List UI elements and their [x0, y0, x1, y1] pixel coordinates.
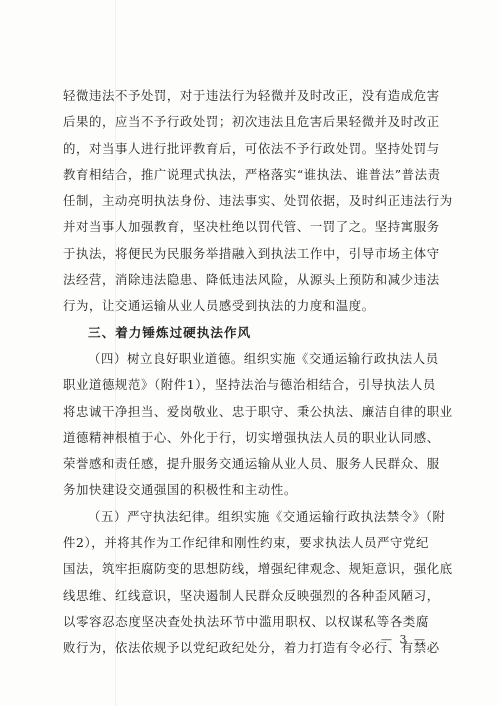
- document-body: 轻微违法不予处罚，对于违法行为轻微并及时改正，没有造成危害 后果的，应当不予行政…: [63, 83, 429, 662]
- document-page: 轻微违法不予处罚，对于违法行为轻微并及时改正，没有造成危害 后果的，应当不予行政…: [0, 0, 500, 706]
- text-line: 将忠诚干净担当、爱岗敬业、忠于职守、秉公执法、廉洁自律的职业: [63, 399, 429, 425]
- text-line: 务加快建设交通强国的积极性和主动性。: [63, 477, 429, 503]
- text-line: 线思维、红线意识，坚决遏制人民群众反映强烈的各种歪风陋习，: [63, 583, 429, 609]
- text-line: 轻微违法不予处罚，对于违法行为轻微并及时改正，没有造成危害: [63, 83, 429, 109]
- text-line: 的，对当事人进行批评教育后，可依法不予行政处罚。坚持处罚与: [63, 136, 429, 162]
- text-line: 国法，筑牢拒腐防变的思想防线，增强纪律观念、规矩意识，强化底: [63, 556, 429, 582]
- text-line: 行为，让交通运输从业人员感受到执法的力度和温度。: [63, 293, 429, 319]
- text-line: 教育相结合，推广说理式执法，严格落实“谁执法、谁普法”普法责: [63, 162, 429, 188]
- text-line: 道德精神根植于心、外化于行，切实增强执法人员的职业认同感、: [63, 425, 429, 451]
- text-line: 件2），并将其作为工作纪律和刚性约束，要求执法人员严守党纪: [63, 530, 429, 556]
- page-number: — 3 —: [380, 633, 428, 646]
- text-line: 败行为，依法依规予以党纪政纪处分，着力打造有令必行、有禁必: [63, 635, 429, 661]
- text-line: 荣誉感和责任感，提升服务交通运输从业人员、服务人民群众、服: [63, 451, 429, 477]
- text-line: 于执法，将便民为民服务举措融入到执法工作中，引导市场主体守: [63, 241, 429, 267]
- text-line: 法经营，消除违法隐患、降低违法风险，从源头上预防和减少违法: [63, 267, 429, 293]
- text-line: 以零容忍态度坚决查处执法环节中滥用职权、以权谋私等各类腐: [63, 609, 429, 635]
- text-line: 职业道德规范》（附件1），坚持法治与德治相结合，引导执法人员: [63, 372, 429, 398]
- section-heading: 三、着力锤炼过硬执法作风: [63, 320, 429, 346]
- text-line: 后果的，应当不予行政处罚；初次违法且危害后果轻微并及时改正: [63, 109, 429, 135]
- paragraph-start-line: （四）树立良好职业道德。组织实施《交通运输行政执法人员: [63, 346, 429, 372]
- text-line: 任制，主动亮明执法身份、违法事实、处罚依据，及时纠正违法行为: [63, 188, 429, 214]
- paragraph-start-line: （五）严守执法纪律。组织实施《交通运输行政执法禁令》（附: [63, 504, 429, 530]
- text-line: 并对当事人加强教育，坚决杜绝以罚代管、一罚了之。坚持寓服务: [63, 214, 429, 240]
